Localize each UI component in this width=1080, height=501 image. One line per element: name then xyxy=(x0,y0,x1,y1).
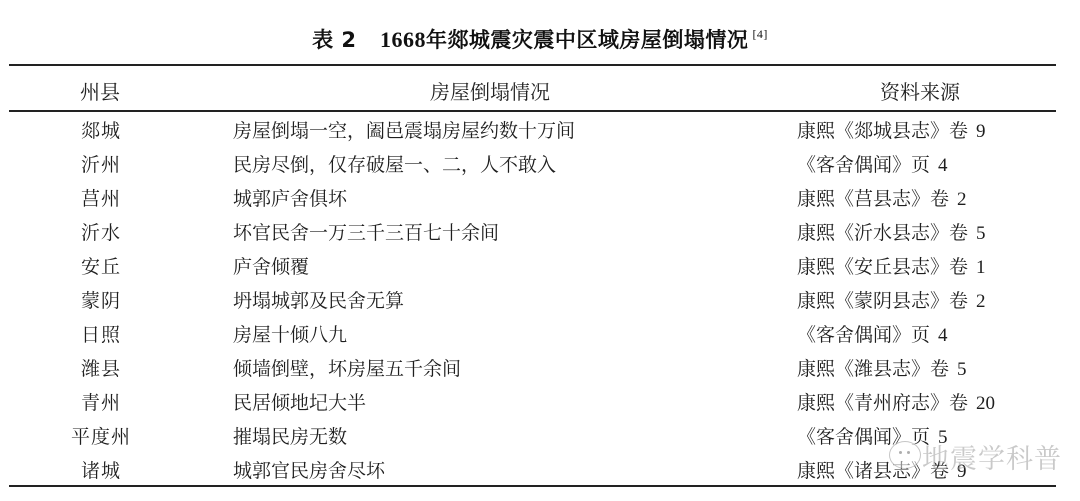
table-row: 安丘庐舍倾覆康熙《安丘县志》卷1 xyxy=(0,250,1080,284)
source-number: 4 xyxy=(938,155,948,176)
header-county: 州县 xyxy=(70,76,130,105)
source-text: 康熙《青州府志》卷 xyxy=(797,392,968,414)
cell-damage: 民房尽倒，仅存破屋一、二，人不敢入 xyxy=(233,148,556,182)
cell-damage: 摧塌民房无数 xyxy=(233,420,347,454)
source-text: 康熙《安丘县志》卷 xyxy=(797,256,968,278)
cell-county: 青州 xyxy=(60,386,142,420)
source-text: 《客舍偶闻》页 xyxy=(797,324,930,346)
cell-county: 莒州 xyxy=(60,182,142,216)
source-number: 2 xyxy=(976,291,986,312)
cell-damage: 城郭官民房舍尽坏 xyxy=(233,454,385,488)
source-number: 1 xyxy=(976,257,986,278)
cell-source: 康熙《蒙阴县志》卷2 xyxy=(797,284,986,319)
cell-damage: 城郭庐舍俱坏 xyxy=(233,182,347,216)
source-number: 9 xyxy=(976,121,986,142)
cell-county: 蒙阴 xyxy=(60,284,142,318)
source-text: 康熙《莒县志》卷 xyxy=(797,188,949,210)
cell-county: 沂水 xyxy=(60,216,142,250)
table-row: 郯城房屋倒塌一空，阖邑震塌房屋约数十万间康熙《郯城县志》卷9 xyxy=(0,114,1080,148)
cell-source: 康熙《潍县志》卷5 xyxy=(797,352,967,387)
source-text: 《客舍偶闻》页 xyxy=(797,154,930,176)
source-number: 4 xyxy=(938,325,948,346)
caption-label: 表 2 xyxy=(312,28,356,52)
table-row: 蒙阴坍塌城郭及民舍无算康熙《蒙阴县志》卷2 xyxy=(0,284,1080,318)
watermark-text: 地震学科普 xyxy=(922,437,1062,476)
cell-source: 《客舍偶闻》页4 xyxy=(797,148,948,183)
cell-source: 康熙《青州府志》卷20 xyxy=(797,386,995,421)
header-damage: 房屋倒塌情况 xyxy=(340,76,640,105)
cell-county: 郯城 xyxy=(60,114,142,148)
table-row: 沂州民房尽倒，仅存破屋一、二，人不敢入《客舍偶闻》页4 xyxy=(0,148,1080,182)
table-caption: 表 2 1668年郯城震灾震中区域房屋倒塌情况[4] xyxy=(0,24,1080,54)
source-number: 5 xyxy=(976,223,986,244)
source-text: 康熙《蒙阴县志》卷 xyxy=(797,290,968,312)
table-row: 潍县倾墙倒壁，坏房屋五千余间康熙《潍县志》卷5 xyxy=(0,352,1080,386)
table-body: 郯城房屋倒塌一空，阖邑震塌房屋约数十万间康熙《郯城县志》卷9 沂州民房尽倒，仅存… xyxy=(0,114,1080,488)
cell-source: 康熙《莒县志》卷2 xyxy=(797,182,967,217)
cell-damage: 倾墙倒壁，坏房屋五千余间 xyxy=(233,352,461,386)
cell-county: 沂州 xyxy=(60,148,142,182)
table-row: 莒州城郭庐舍俱坏康熙《莒县志》卷2 xyxy=(0,182,1080,216)
source-number: 20 xyxy=(976,393,995,414)
caption-title: 年郯城震灾震中区域房屋倒塌情况 xyxy=(426,28,749,52)
cell-county: 日照 xyxy=(60,318,142,352)
cell-source: 《客舍偶闻》页4 xyxy=(797,318,948,353)
cell-damage: 庐舍倾覆 xyxy=(233,250,309,284)
cell-source: 康熙《沂水县志》卷5 xyxy=(797,216,986,251)
source-text: 康熙《沂水县志》卷 xyxy=(797,222,968,244)
bottom-rule xyxy=(9,485,1056,487)
cell-source: 康熙《安丘县志》卷1 xyxy=(797,250,986,285)
source-text: 康熙《潍县志》卷 xyxy=(797,358,949,380)
cell-county: 诸城 xyxy=(60,454,142,488)
cell-source: 康熙《郯城县志》卷9 xyxy=(797,114,986,149)
cell-damage: 房屋十倾八九 xyxy=(233,318,347,352)
table-row: 青州民居倾地圮大半康熙《青州府志》卷20 xyxy=(0,386,1080,420)
source-number: 2 xyxy=(957,189,967,210)
cell-damage: 房屋倒塌一空，阖邑震塌房屋约数十万间 xyxy=(233,114,575,148)
header-source: 资料来源 xyxy=(860,76,980,105)
table-row: 沂水坏官民舍一万三千三百七十余间康熙《沂水县志》卷5 xyxy=(0,216,1080,250)
cell-county: 安丘 xyxy=(60,250,142,284)
caption-reference: [4] xyxy=(752,27,768,41)
cell-damage: 坏官民舍一万三千三百七十余间 xyxy=(233,216,499,250)
top-rule xyxy=(9,64,1056,66)
header-rule xyxy=(9,110,1056,112)
cell-county: 平度州 xyxy=(60,420,142,454)
cell-damage: 民居倾地圮大半 xyxy=(233,386,366,420)
chat-bubble-icon xyxy=(889,441,921,469)
cell-damage: 坍塌城郭及民舍无算 xyxy=(233,284,404,318)
source-number: 5 xyxy=(957,359,967,380)
table-row: 日照房屋十倾八九《客舍偶闻》页4 xyxy=(0,318,1080,352)
caption-year: 1668 xyxy=(380,27,426,52)
cell-county: 潍县 xyxy=(60,352,142,386)
source-text: 康熙《郯城县志》卷 xyxy=(797,120,968,142)
